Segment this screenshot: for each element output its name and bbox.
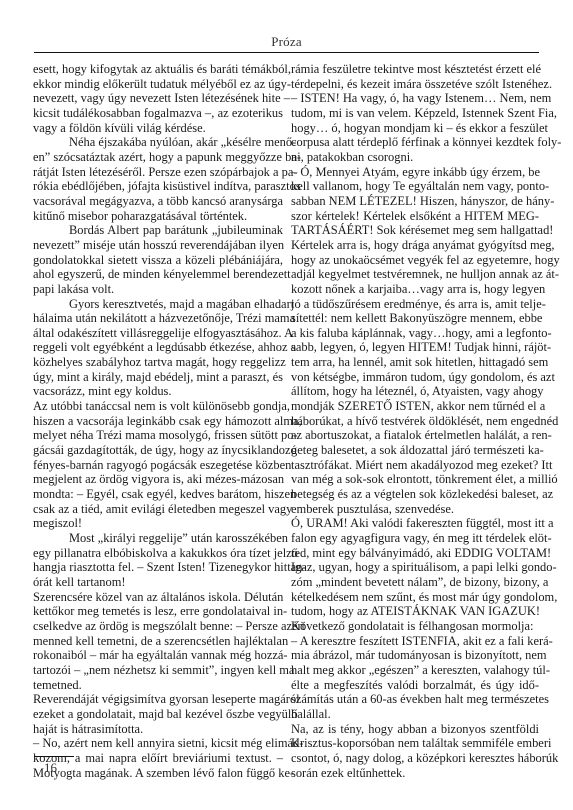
- text-line: során ezek eltűnhettek.: [291, 766, 539, 781]
- text-line: Gyors keresztvetés, majd a magában elhad…: [33, 297, 283, 312]
- text-line: kételkedésem nem szűnt, és most már úgy …: [291, 590, 539, 605]
- text-line: közhelyes szabályhoz tartva magát, hogy …: [33, 355, 283, 370]
- text-line: úgy, mint a király, majd ebédelj, mint a…: [33, 370, 283, 385]
- text-line: Kértelek arra is, hogy drága anyámat gyó…: [291, 238, 539, 253]
- text-line: egy pillanatra elbóbiskolva a kakukkos ó…: [33, 546, 283, 561]
- text-line: tudom, mi is van velem. Képzeld, Istenne…: [291, 106, 539, 121]
- text-line: Néha éjszakába nyúlóan, akár „késélre me…: [33, 135, 283, 150]
- text-line: von kétségbe, immáron tudom, úgy gondolo…: [291, 370, 539, 385]
- text-line: papi lakása volt.: [33, 282, 283, 297]
- text-line: Az utóbbi tanáccsal nem is volt különöse…: [33, 399, 283, 414]
- text-line: hangja riasztotta fel. – Szent Isten! Ti…: [33, 560, 283, 575]
- text-line: corpusa alatt térdeplő férfinak a könnye…: [291, 135, 539, 150]
- text-line: rámia feszületre tekintve most késztetés…: [291, 62, 539, 77]
- text-line: órát kell tartanom!: [33, 575, 283, 590]
- text-line: Igaz, ugyan, hogy a spirituálisom, a pap…: [291, 560, 539, 575]
- text-line: ted, mint egy bálványimádó, aki EDDIG VO…: [291, 546, 539, 561]
- text-line: – Ó, Mennyei Atyám, egyre inkább úgy érz…: [291, 165, 539, 180]
- text-line: geteg balesetet, a sok áldozattal járó t…: [291, 443, 539, 458]
- left-text-column: esett, hogy kifogytak az aktuális és bar…: [33, 62, 283, 780]
- text-line: TARTÁSÁÉRT! Sok kérésemet meg sem hallga…: [291, 223, 539, 238]
- text-line: vagy a földön kívüli világ kérdése.: [33, 121, 283, 136]
- text-line: kozott nőnek a karjaiba…vagy arra is, ho…: [291, 282, 539, 297]
- text-line: kozom, a mai napra előírt breviáriumi te…: [33, 751, 283, 766]
- header-rule: [34, 52, 539, 53]
- text-line: jó a tüdőszűrésem eredménye, és arra is,…: [291, 297, 539, 312]
- text-line: Bordás Albert pap barátunk „jubileuminak: [33, 223, 283, 238]
- text-line: nevezett” miséje után hosszú reverendájá…: [33, 238, 283, 253]
- text-line: halállal.: [291, 707, 539, 722]
- text-line: élte a megfeszítés valódi borzalmát, és …: [291, 678, 539, 693]
- text-line: Krisztus-koporsóban nem találtak semmifé…: [291, 736, 539, 751]
- text-line: mondják SZERETŐ ISTEN, akkor nem tűrnéd …: [291, 399, 539, 414]
- text-line: melyet néha Trézi mama mosolygó, frissen…: [33, 428, 283, 443]
- text-line: hogy… ó, hogyan mondjam ki – és ekkor a …: [291, 121, 539, 136]
- text-line: Na, az is tény, hogy abban a bizonyos sz…: [291, 722, 539, 737]
- text-line: rátját Isten létezéséről. Persze ezen sz…: [33, 165, 283, 180]
- text-line: tartozói – „nem nézhetsz ki semmit”, ing…: [33, 663, 283, 678]
- text-line: megjelent az ördög vigyora is, aki mézes…: [33, 472, 283, 487]
- text-line: sabban NEM LÉTEZEL! Hiszen, hányszor, de…: [291, 194, 539, 209]
- text-line: fényes-barnán ragyogó pogácsák eszegetés…: [33, 458, 283, 473]
- text-line: nevezett, vagy úgy nevezett Isten létezé…: [33, 91, 283, 106]
- text-line: reggeli volt egyébként a legdúsabb étkez…: [33, 340, 283, 355]
- text-line: rókia ebédlőjében, jófajta kisüstivel in…: [33, 179, 283, 194]
- text-line: Most „királyi reggelije” után karosszéké…: [33, 531, 283, 546]
- text-line: en” szócsatáztak azért, hogy a papunk me…: [33, 150, 283, 165]
- text-line: megiszol!: [33, 516, 283, 531]
- text-line: Szerencsére közel van az általános iskol…: [33, 590, 283, 605]
- text-line: emberek pusztulása, szenvedése.: [291, 502, 539, 517]
- text-line: csak az a tiéd, amit evilági életedben m…: [33, 502, 283, 517]
- text-line: hiszen a vacsorája leginkább csak egy há…: [33, 414, 283, 429]
- text-line: háborúkat, a hívő testvérek öldöklését, …: [291, 414, 539, 429]
- text-line: által odakészített villásreggelije elfog…: [33, 326, 283, 341]
- text-line: Következő gondolatait is félhangosan mor…: [291, 619, 539, 634]
- text-line: adjál kegyelmet testvéremnek, ne hulljon…: [291, 267, 539, 282]
- text-line: falon egy agyagfigura vagy, én meg itt t…: [291, 531, 539, 546]
- text-line: tudom, hogy az ATEISTÁKNAK VAN IGAZUK!: [291, 604, 539, 619]
- text-line: tem arra, ha lennél, amit sok hitetlen, …: [291, 355, 539, 370]
- text-line: van még a sok-sok elrontott, tönkrement …: [291, 472, 539, 487]
- text-line: a kis faluba káplánnak, vagy…hogy, ami a…: [291, 326, 539, 341]
- text-line: Ó, URAM! Aki valódi fakereszten függtél,…: [291, 516, 539, 531]
- section-title: Próza: [0, 34, 573, 50]
- text-line: kitűnő misebor poharazgatásával történte…: [33, 209, 283, 224]
- text-line: halt meg akkor „egészen” a kereszten, va…: [291, 663, 539, 678]
- text-line: csontot, ó, nagy dolog, a középkori kere…: [291, 751, 539, 766]
- text-line: kettőkor meg temetés is lesz, erre gondo…: [33, 604, 283, 619]
- text-line: ahol egyszerű, de minden kényelemmel ber…: [33, 267, 283, 282]
- text-line: mondta: – Egyél, csak egyél, kedves bará…: [33, 487, 283, 502]
- text-line: temetned.: [33, 678, 283, 693]
- text-line: Motyogta magának. A szemben lévő falon f…: [33, 766, 283, 781]
- text-line: ezeket a gondolatait, majd bal kezével ő…: [33, 707, 283, 722]
- text-line: számítás után a 60-as években halt meg t…: [291, 692, 539, 707]
- text-line: – No, azért nem kell annyira sietni, kic…: [33, 736, 283, 751]
- text-line: menned kell temetni, de a szerencsétlen …: [33, 634, 283, 649]
- text-line: kicsit tudálékosabban fogalmazva –, az e…: [33, 106, 283, 121]
- text-line: állítom, hogy ha léteznél, ó, Atyaisten,…: [291, 384, 539, 399]
- text-line: sabb, legyen, ó, legyen HITEM! Tudjak hi…: [291, 340, 539, 355]
- text-line: esett, hogy kifogytak az aktuális és bar…: [33, 62, 283, 77]
- page-number: 16: [44, 760, 57, 776]
- text-line: az abortuszokat, a fiatalok értelmetlen …: [291, 428, 539, 443]
- text-line: térdepelni, és kezeit imára összetéve sz…: [291, 77, 539, 92]
- text-line: betegség és az a végtelen sok közlekedés…: [291, 487, 539, 502]
- text-line: sítettél: nem kellett Bakonyüszögre menn…: [291, 311, 539, 326]
- text-line: hogy az unokaöcsémet vegyék fel az egyet…: [291, 253, 539, 268]
- text-line: hálaima után nekilátott a házvezetőnője,…: [33, 311, 283, 326]
- text-line: – A keresztre feszített ISTENFIA, akit e…: [291, 634, 539, 649]
- text-line: haját is hátrasimította.: [33, 722, 283, 737]
- text-line: gácsái gazdagították, de úgy, hogy az ín…: [33, 443, 283, 458]
- text-line: rokonaiból – már ha egyáltalán vannak mé…: [33, 648, 283, 663]
- text-line: ekkor mindig előkerült tudatuk mélyéből …: [33, 77, 283, 92]
- text-line: kell vallanom, hogy Te egyáltalán nem va…: [291, 179, 539, 194]
- text-line: vacsorával megágyazva, a több kancsó ara…: [33, 194, 283, 209]
- text-line: tasztrófákat. Miért nem akadályozod meg …: [291, 458, 539, 473]
- text-line: – ISTEN! Ha vagy, ó, ha vagy Istenem… Ne…: [291, 91, 539, 106]
- text-line: zóm „mindent bevetett nálam”, de bizony,…: [291, 575, 539, 590]
- text-line: szor kértelek! Kértelek elsőként a HITEM…: [291, 209, 539, 224]
- footer-rule: [34, 756, 74, 757]
- text-line: gondolatokkal sietett vissza a közeli pl…: [33, 253, 283, 268]
- text-line: cselkedve az ördög is megszólalt benne: …: [33, 619, 283, 634]
- text-line: mia ábrázol, már tudományosan is bizonyí…: [291, 648, 539, 663]
- text-line: ni, patakokban csorogni.: [291, 150, 539, 165]
- right-text-column: rámia feszületre tekintve most késztetés…: [291, 62, 539, 780]
- text-line: vacsorázz, mint egy koldus.: [33, 384, 283, 399]
- text-line: Reverendáját végigsimítva gyorsan lesepe…: [33, 692, 283, 707]
